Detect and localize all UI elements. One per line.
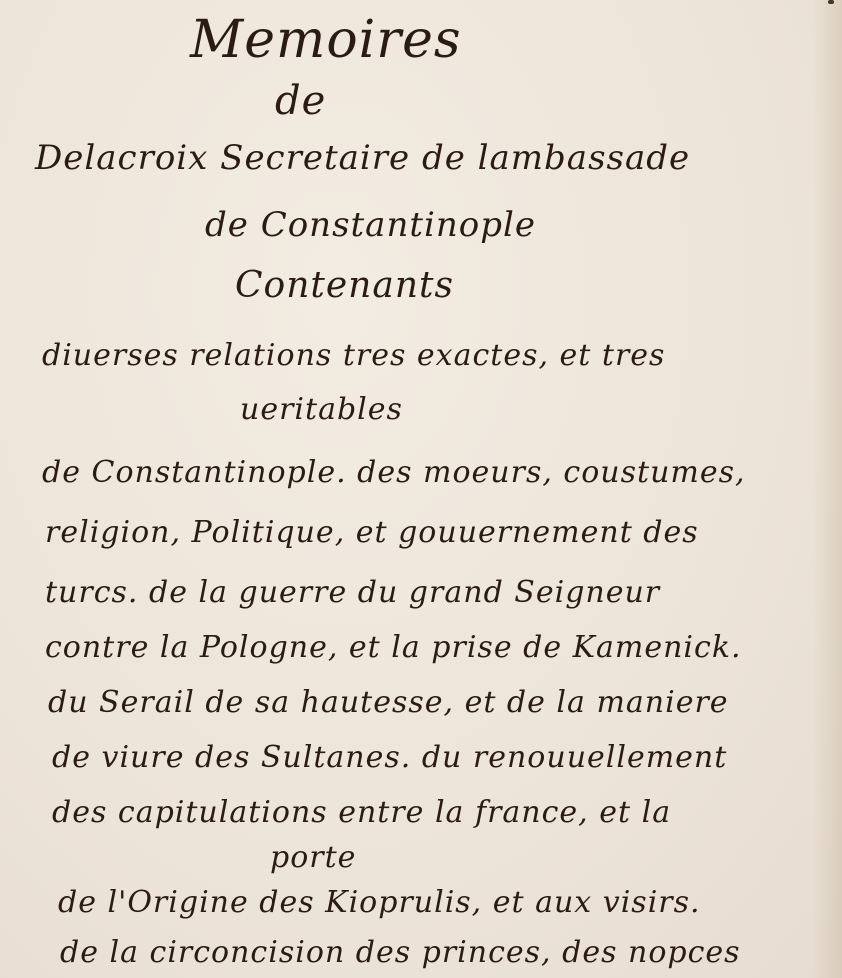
body-line: diuerses relations tres exactes, et tres bbox=[42, 338, 665, 373]
body-line: de Constantinople. des moeurs, coustumes… bbox=[42, 455, 746, 490]
body-line: des capitulations entre la france, et la bbox=[52, 795, 671, 830]
title-line: de bbox=[275, 78, 326, 124]
title-line: Memoires bbox=[190, 10, 462, 70]
body-line: religion, Politique, et gouuernement des bbox=[45, 515, 699, 550]
page-edge-shadow bbox=[812, 0, 842, 978]
body-line: ueritables bbox=[240, 392, 403, 427]
body-line: de la circoncision des princes, des nopc… bbox=[60, 935, 741, 970]
body-line: de viure des Sultanes. du renouuellement bbox=[52, 740, 727, 775]
body-line: porte bbox=[270, 840, 356, 875]
body-line: du Serail de sa hautesse, et de la manie… bbox=[48, 685, 729, 720]
manuscript-page: Memoires de Delacroix Secretaire de lamb… bbox=[0, 0, 842, 978]
title-line: de Constantinople bbox=[205, 205, 536, 245]
body-line: contre la Pologne, et la prise de Kameni… bbox=[45, 630, 742, 665]
body-line: turcs. de la guerre du grand Seigneur bbox=[45, 575, 660, 610]
title-line: Contenants bbox=[235, 265, 454, 306]
title-line: Delacroix Secretaire de lambassade bbox=[35, 138, 690, 178]
body-line: de l'Origine des Kioprulis, et aux visir… bbox=[58, 885, 701, 920]
